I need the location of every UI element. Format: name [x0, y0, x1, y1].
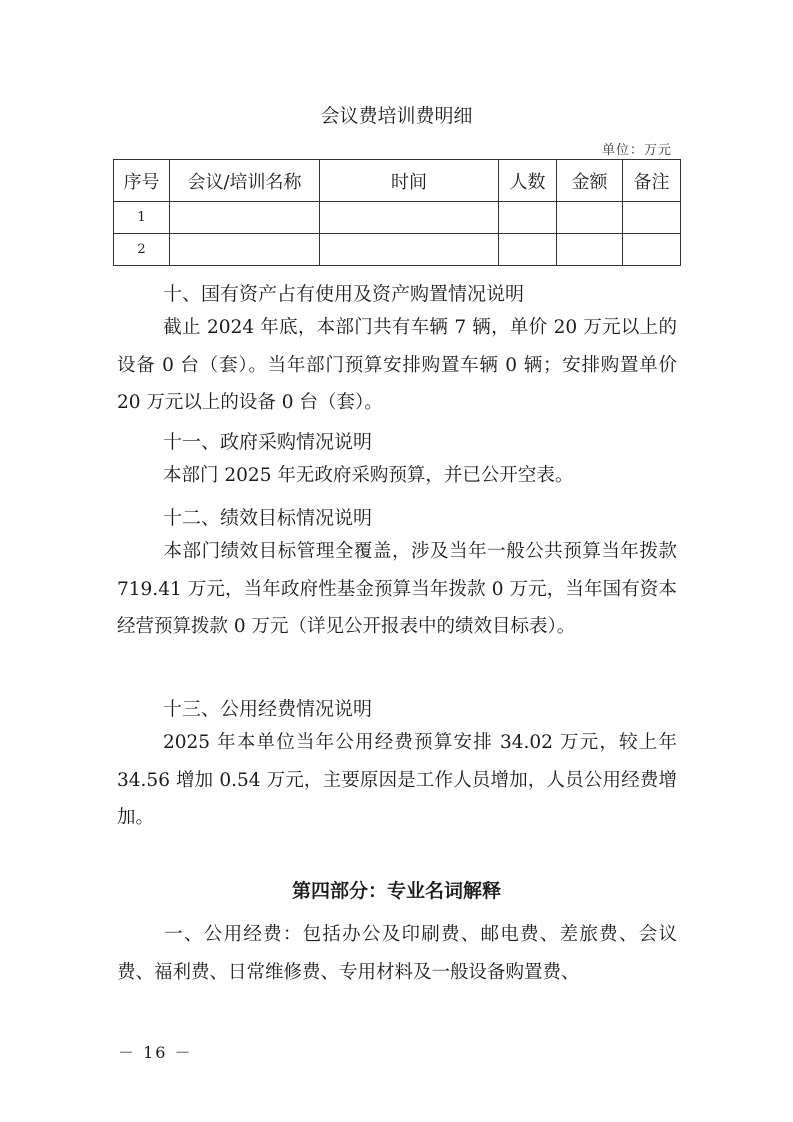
section-heading-public-funds: 十三、公用经费情况说明 — [163, 694, 372, 721]
cell-name — [170, 234, 320, 266]
cell-people — [499, 234, 557, 266]
section-body-assets-text: 截止 2024 年底，本部门共有车辆 7 辆，单价 20 万元以上的设备 0 台… — [117, 317, 677, 413]
section-heading-procurement: 十一、政府采购情况说明 — [163, 427, 372, 454]
meeting-training-fee-table: 序号 会议/培训名称 时间 人数 金额 备注 1 2 — [113, 159, 681, 266]
cell-remark — [623, 234, 681, 266]
part-four-body-text: 一、公用经费：包括办公及印刷费、邮电费、差旅费、会议费、福利费、日常维修费、专用… — [117, 924, 677, 983]
table-row: 2 — [114, 234, 681, 266]
col-header-name: 会议/培训名称 — [170, 160, 320, 202]
section-body-procurement-text: 本部门 2025 年无政府采购预算，并已公开空表。 — [163, 465, 573, 486]
section-body-performance: 本部门绩效目标管理全覆盖，涉及当年一般公共预算当年拨款 719.41 万元，当年… — [117, 533, 677, 646]
col-header-amount: 金额 — [557, 160, 623, 202]
col-header-time: 时间 — [320, 160, 499, 202]
cell-amount — [557, 202, 623, 234]
section-body-procurement: 本部门 2025 年无政府采购预算，并已公开空表。 — [117, 457, 677, 495]
table-row: 1 — [114, 202, 681, 234]
table-title: 会议费培训费明细 — [0, 101, 793, 128]
col-header-index: 序号 — [114, 160, 170, 202]
table-header-row: 序号 会议/培训名称 时间 人数 金额 备注 — [114, 160, 681, 202]
cell-time — [320, 202, 499, 234]
cell-remark — [623, 202, 681, 234]
section-body-public-funds: 2025 年本单位当年公用经费预算安排 34.02 万元，较上年 34.56 增… — [117, 724, 677, 837]
part-four-title: 第四部分：专业名词解释 — [0, 876, 793, 903]
col-header-people: 人数 — [499, 160, 557, 202]
cell-name — [170, 202, 320, 234]
unit-label: 单位：万元 — [602, 139, 672, 158]
cell-index: 1 — [114, 202, 170, 234]
part-four-body: 一、公用经费：包括办公及印刷费、邮电费、差旅费、会议费、福利费、日常维修费、专用… — [117, 916, 677, 991]
section-heading-performance: 十二、绩效目标情况说明 — [163, 503, 372, 530]
cell-time — [320, 234, 499, 266]
cell-people — [499, 202, 557, 234]
col-header-remark: 备注 — [623, 160, 681, 202]
section-body-public-funds-text: 2025 年本单位当年公用经费预算安排 34.02 万元，较上年 34.56 增… — [117, 732, 677, 828]
section-body-assets: 截止 2024 年底，本部门共有车辆 7 辆，单价 20 万元以上的设备 0 台… — [117, 309, 677, 422]
section-heading-assets: 十、国有资产占有使用及资产购置情况说明 — [163, 279, 524, 306]
page-number: － 16 － — [118, 1040, 193, 1063]
cell-amount — [557, 234, 623, 266]
section-body-performance-text: 本部门绩效目标管理全覆盖，涉及当年一般公共预算当年拨款 719.41 万元，当年… — [117, 541, 677, 637]
cell-index: 2 — [114, 234, 170, 266]
